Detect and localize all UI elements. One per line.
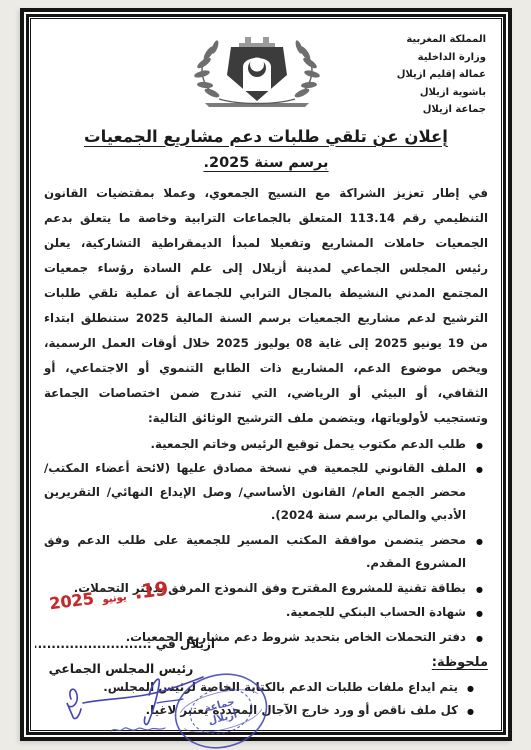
letterhead-line-pashalik: باشوية ازيلال xyxy=(44,84,486,102)
frame-outer: المملكة المغربية وزارة الداخلية عمالة إق… xyxy=(20,8,512,741)
signature-and-stamp: جماعة أزيلال xyxy=(53,659,303,750)
scanned-announcement-document: { "letterhead": { "lines": [ "المملكة ال… xyxy=(0,0,531,750)
letterhead-line-commune: جماعة ازيلال xyxy=(44,101,486,119)
place-date-line: أزيلال في ..............................… xyxy=(35,637,215,651)
announcement-body-paragraph: في إطار تعزيز الشراكة مع النسيج الجمعوي،… xyxy=(44,181,488,431)
letterhead-line-kingdom: المملكة المغربية xyxy=(44,31,486,49)
required-documents-list: طلب الدعم مكتوب يحمل توقيع الرئيس وخاتم … xyxy=(44,433,488,650)
letterhead-line-ministry: وزارة الداخلية xyxy=(44,49,486,67)
stamp-month: يونيو xyxy=(102,592,127,606)
document-page: المملكة المغربية وزارة الداخلية عمالة إق… xyxy=(20,8,512,741)
announcement-year: برسم سنة 2025. xyxy=(44,155,488,171)
list-item: طلب الدعم مكتوب يحمل توقيع الرئيس وخاتم … xyxy=(44,433,466,457)
frame-inner: المملكة المغربية وزارة الداخلية عمالة إق… xyxy=(30,18,502,731)
stamp-day: 19 xyxy=(140,578,169,603)
frame-middle: المملكة المغربية وزارة الداخلية عمالة إق… xyxy=(26,14,506,735)
letterhead-line-province: عمالة إقليم ازيلال xyxy=(44,66,486,84)
stamp-year: 2025 xyxy=(48,589,95,613)
list-item: محضر يتضمن موافقة المكتب المسير للجمعية … xyxy=(44,529,466,576)
announcement-title: إعلان عن تلقي طلبات دعم مشاريع الجمعيات xyxy=(44,127,488,146)
letterhead: المملكة المغربية وزارة الداخلية عمالة إق… xyxy=(44,27,488,119)
list-item: الملف القانوني للجمعية في نسخة مصادق علي… xyxy=(44,457,466,528)
